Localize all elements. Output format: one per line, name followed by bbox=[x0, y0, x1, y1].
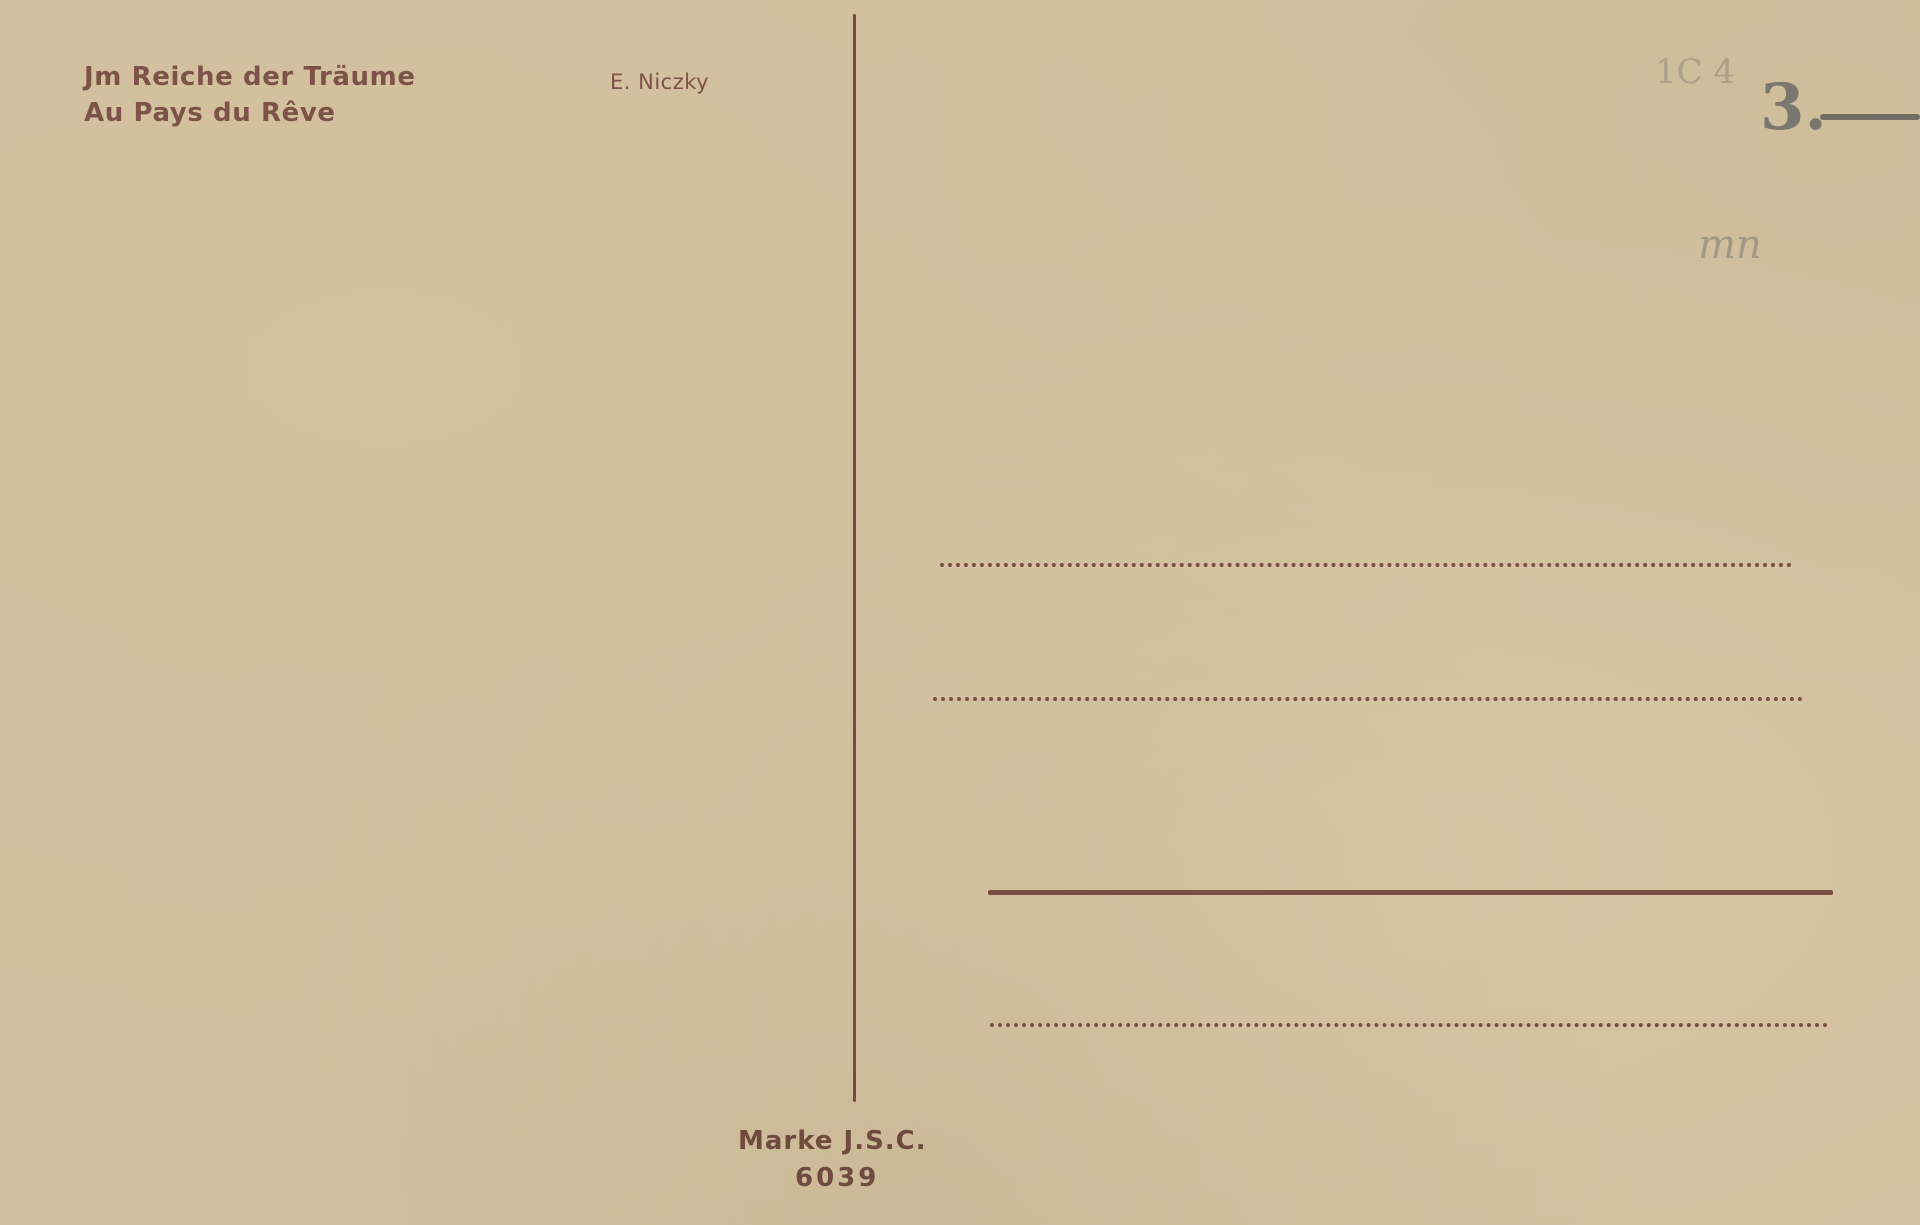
artist-name: E. Niczky bbox=[610, 70, 709, 94]
address-line-3 bbox=[988, 890, 1833, 895]
center-divider-line bbox=[853, 14, 856, 1102]
address-line-4 bbox=[990, 1023, 1828, 1027]
serial-number: 6039 bbox=[795, 1163, 879, 1193]
pencil-price-note: 3. bbox=[1760, 70, 1827, 145]
pencil-stroke bbox=[1820, 114, 1920, 120]
pencil-scribble: mn bbox=[1698, 222, 1762, 268]
pencil-faint-note: 1C 4 bbox=[1655, 52, 1735, 92]
title-german: Jm Reiche der Träume bbox=[84, 62, 416, 92]
address-line-2 bbox=[933, 697, 1803, 701]
title-french: Au Pays du Rêve bbox=[84, 98, 336, 128]
address-line-1 bbox=[940, 563, 1792, 567]
publisher-mark: Marke J.S.C. bbox=[738, 1126, 927, 1156]
postcard-back: Jm Reiche der Träume Au Pays du Rêve E. … bbox=[0, 0, 1920, 1225]
